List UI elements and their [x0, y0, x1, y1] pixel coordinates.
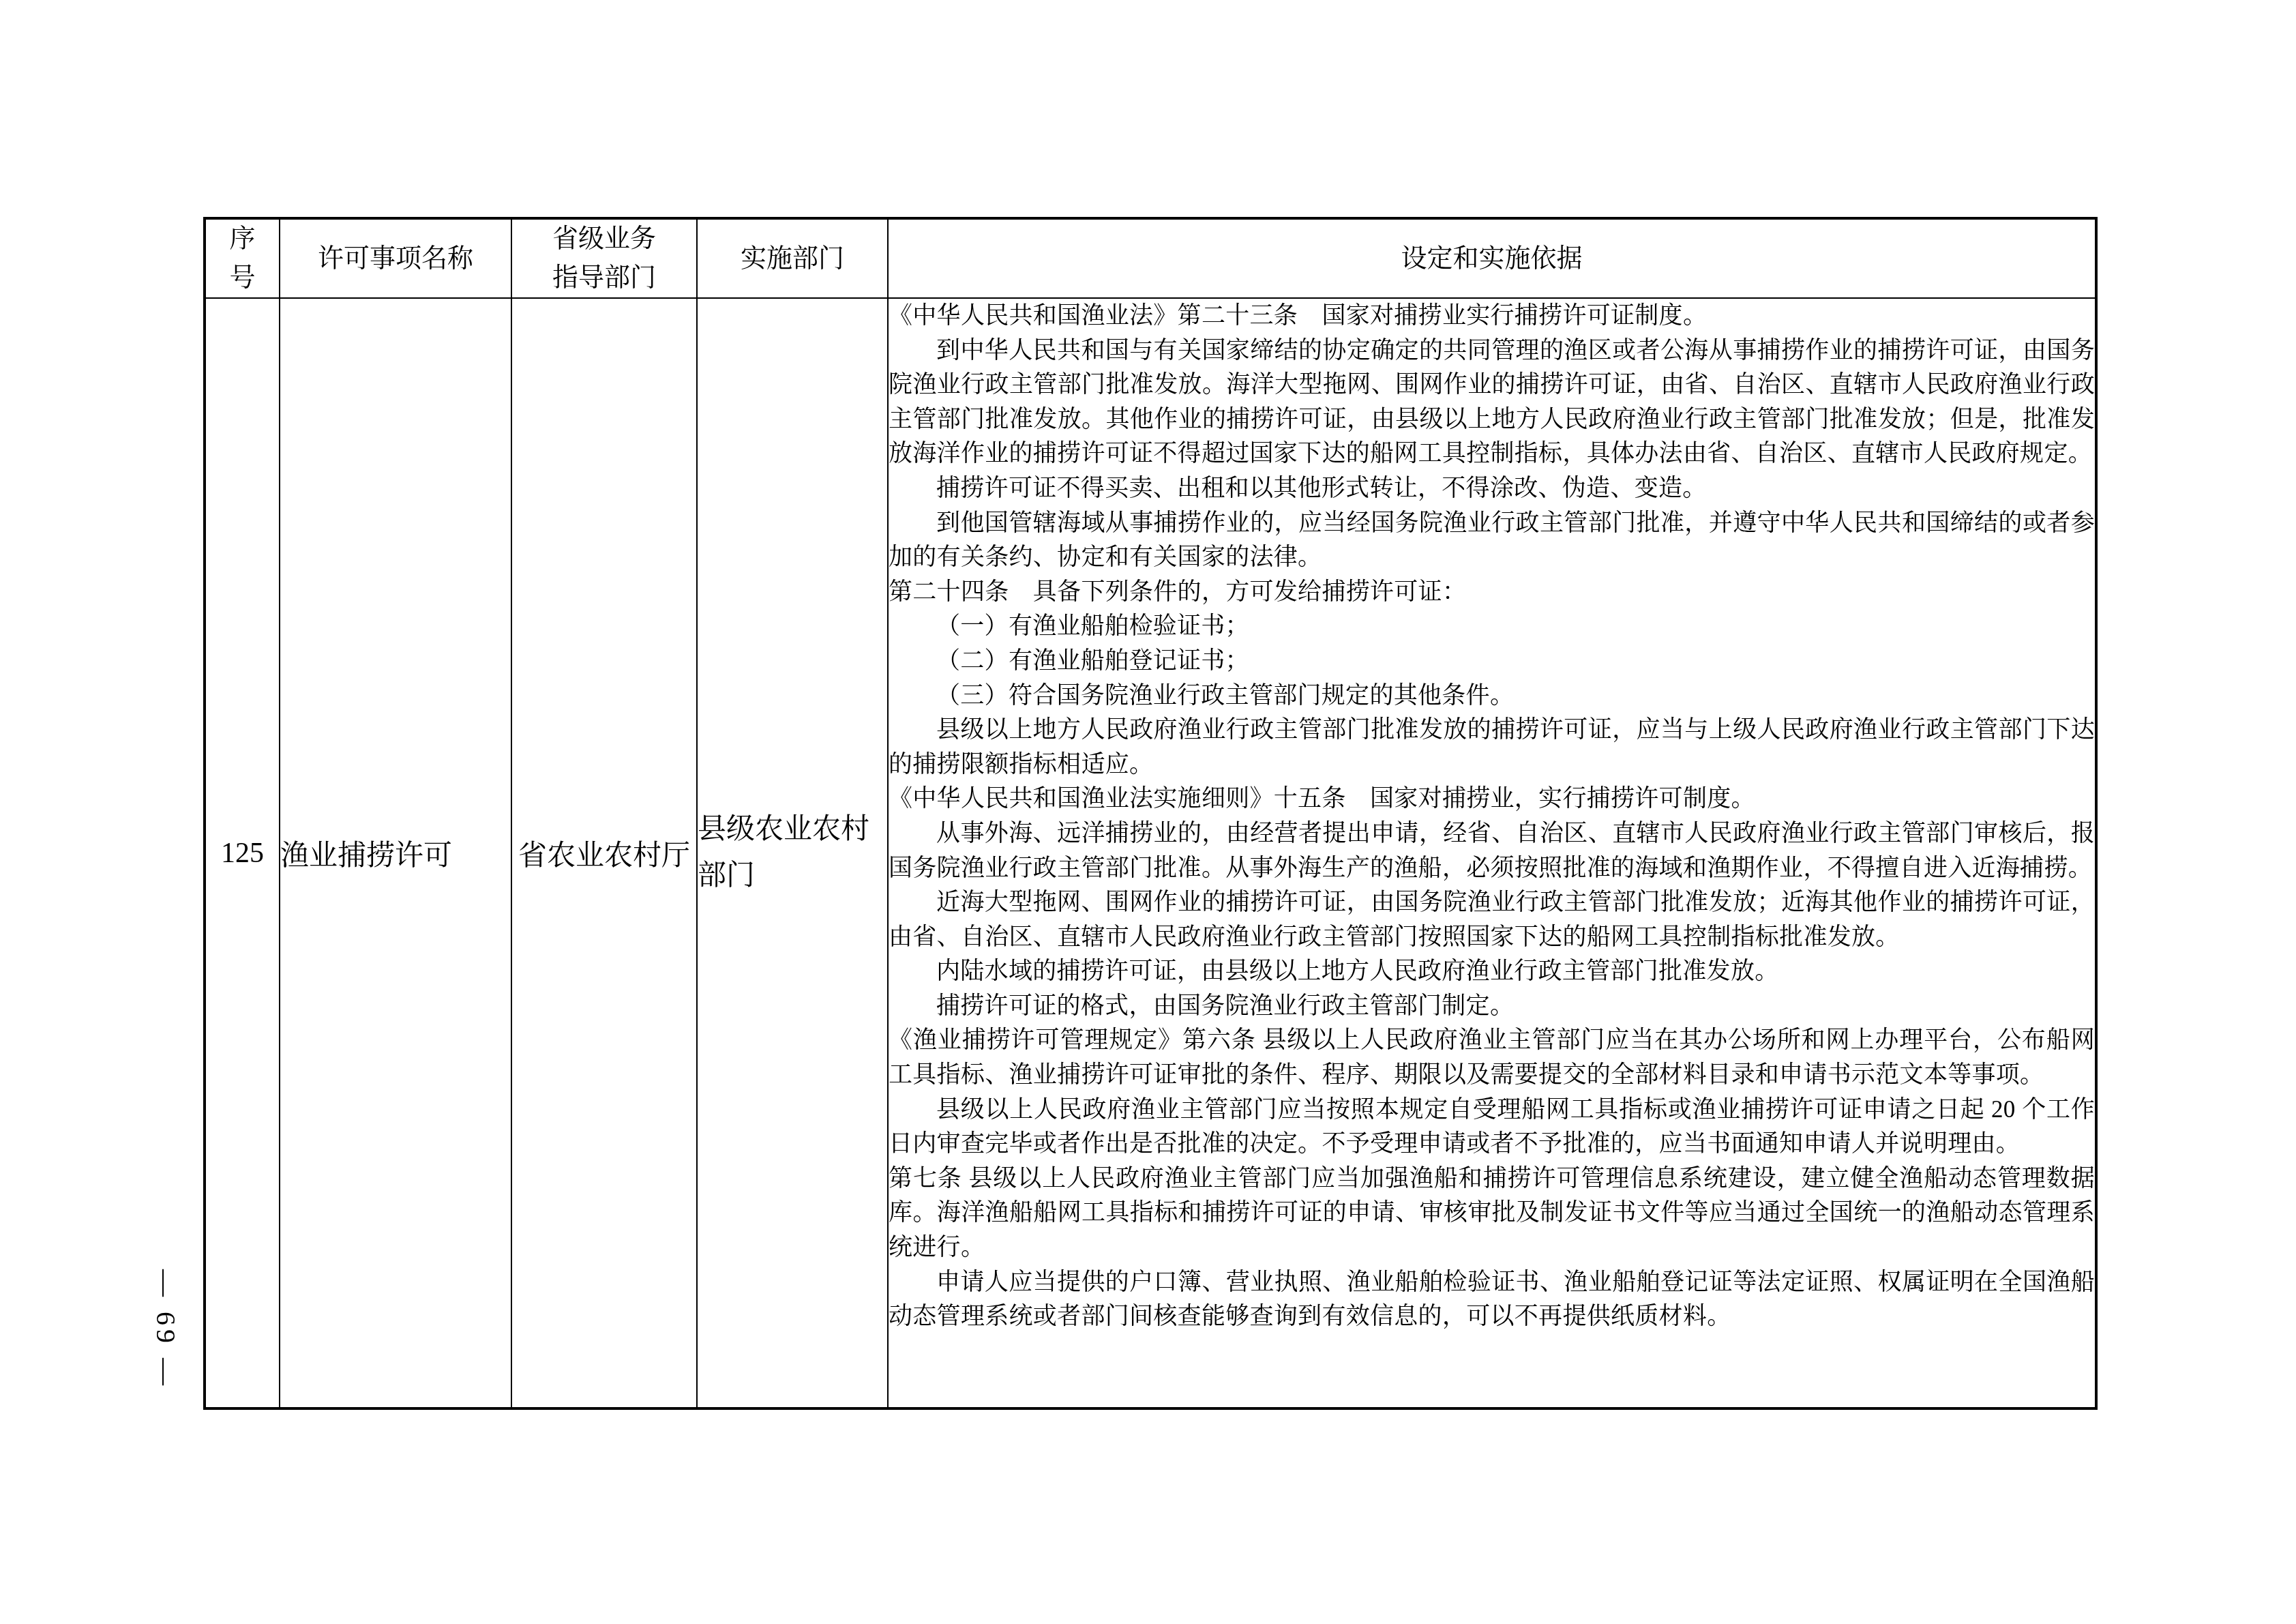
- cell-impl-dept: 县级农业农村部门: [697, 298, 888, 1408]
- basis-paragraph: 《中华人民共和国渔业法》第二十三条 国家对捕捞业实行捕捞许可证制度。: [889, 299, 2095, 334]
- basis-paragraph: （一）有渔业船舶检验证书；: [889, 609, 2095, 644]
- basis-paragraph: 从事外海、远洋捕捞业的，由经营者提出申请，经省、自治区、直辖市人民政府渔业行政主…: [889, 816, 2095, 885]
- basis-paragraph: 近海大型拖网、围网作业的捕捞许可证，由国务院渔业行政主管部门批准发放；近海其他作…: [889, 885, 2095, 954]
- basis-paragraph: 《渔业捕捞许可管理规定》第六条 县级以上人民政府渔业主管部门应当在其办公场所和网…: [889, 1023, 2095, 1092]
- cell-item-name: 渔业捕捞许可: [280, 298, 511, 1408]
- basis-paragraph: 到他国管辖海域从事捕捞作业的，应当经国务院渔业行政主管部门批准，并遵守中华人民共…: [889, 506, 2095, 575]
- col-header-impl-dept: 实施部门: [697, 218, 888, 298]
- basis-paragraph: 到中华人民共和国与有关国家缔结的协定确定的共同管理的渔区或者公海从事捕捞作业的捕…: [889, 334, 2095, 471]
- document-page: — 69 — 序号 许可事项名称 省级业务指导部门 实施部门: [0, 0, 2296, 1624]
- basis-paragraph: 县级以上地方人民政府渔业行政主管部门批准发放的捕捞许可证，应当与上级人民政府渔业…: [889, 713, 2095, 782]
- basis-paragraph: 内陆水域的捕捞许可证，由县级以上地方人民政府渔业行政主管部门批准发放。: [889, 954, 2095, 989]
- col-header-item-name-label: 许可事项名称: [318, 239, 473, 278]
- col-header-impl-dept-label: 实施部门: [741, 239, 844, 278]
- basis-paragraph-list: 《中华人民共和国渔业法》第二十三条 国家对捕捞业实行捕捞许可证制度。到中华人民共…: [889, 299, 2095, 1334]
- col-header-seq-label: 序号: [228, 220, 258, 297]
- page-number: — 69 —: [151, 1247, 181, 1411]
- basis-paragraph: 捕捞许可证的格式，由国务院渔业行政主管部门制定。: [889, 989, 2095, 1024]
- col-header-guidance-dept-label: 省级业务指导部门: [550, 220, 659, 297]
- col-header-basis-label: 设定和实施依据: [1401, 239, 1582, 278]
- col-header-seq: 序号: [205, 218, 280, 298]
- table-row: 125 渔业捕捞许可 省农业农村厅 县级农业农村部门 《中华人民共和国渔业法》第…: [205, 298, 2096, 1408]
- basis-paragraph: 第七条 县级以上人民政府渔业主管部门应当加强渔船和捕捞许可管理信息系统建设，建立…: [889, 1162, 2095, 1265]
- col-header-basis: 设定和实施依据: [888, 218, 2096, 298]
- basis-paragraph: （三）符合国务院渔业行政主管部门规定的其他条件。: [889, 679, 2095, 713]
- basis-paragraph: 第二十四条 具备下列条件的，方可发给捕捞许可证：: [889, 575, 2095, 610]
- basis-paragraph: 县级以上人民政府渔业主管部门应当按照本规定自受理船网工具指标或渔业捕捞许可证申请…: [889, 1093, 2095, 1162]
- basis-paragraph: 《中华人民共和国渔业法实施细则》十五条 国家对捕捞业，实行捕捞许可制度。: [889, 782, 2095, 816]
- cell-seq-number: 125: [205, 298, 280, 1408]
- basis-paragraph: 捕捞许可证不得买卖、出租和以其他形式转让，不得涂改、伪造、变造。: [889, 471, 2095, 506]
- col-header-item-name: 许可事项名称: [280, 218, 511, 298]
- permit-items-table: 序号 许可事项名称 省级业务指导部门 实施部门 设定和实施依据 125 渔业捕捞…: [203, 217, 2098, 1410]
- basis-paragraph: （二）有渔业船舶登记证书；: [889, 644, 2095, 679]
- col-header-guidance-dept: 省级业务指导部门: [511, 218, 697, 298]
- cell-basis-text: 《中华人民共和国渔业法》第二十三条 国家对捕捞业实行捕捞许可证制度。到中华人民共…: [888, 298, 2096, 1408]
- cell-guidance-dept: 省农业农村厅: [511, 298, 697, 1408]
- table-header-row: 序号 许可事项名称 省级业务指导部门 实施部门 设定和实施依据: [205, 218, 2096, 298]
- basis-paragraph: 申请人应当提供的户口簿、营业执照、渔业船舶检验证书、渔业船舶登记证等法定证照、权…: [889, 1265, 2095, 1334]
